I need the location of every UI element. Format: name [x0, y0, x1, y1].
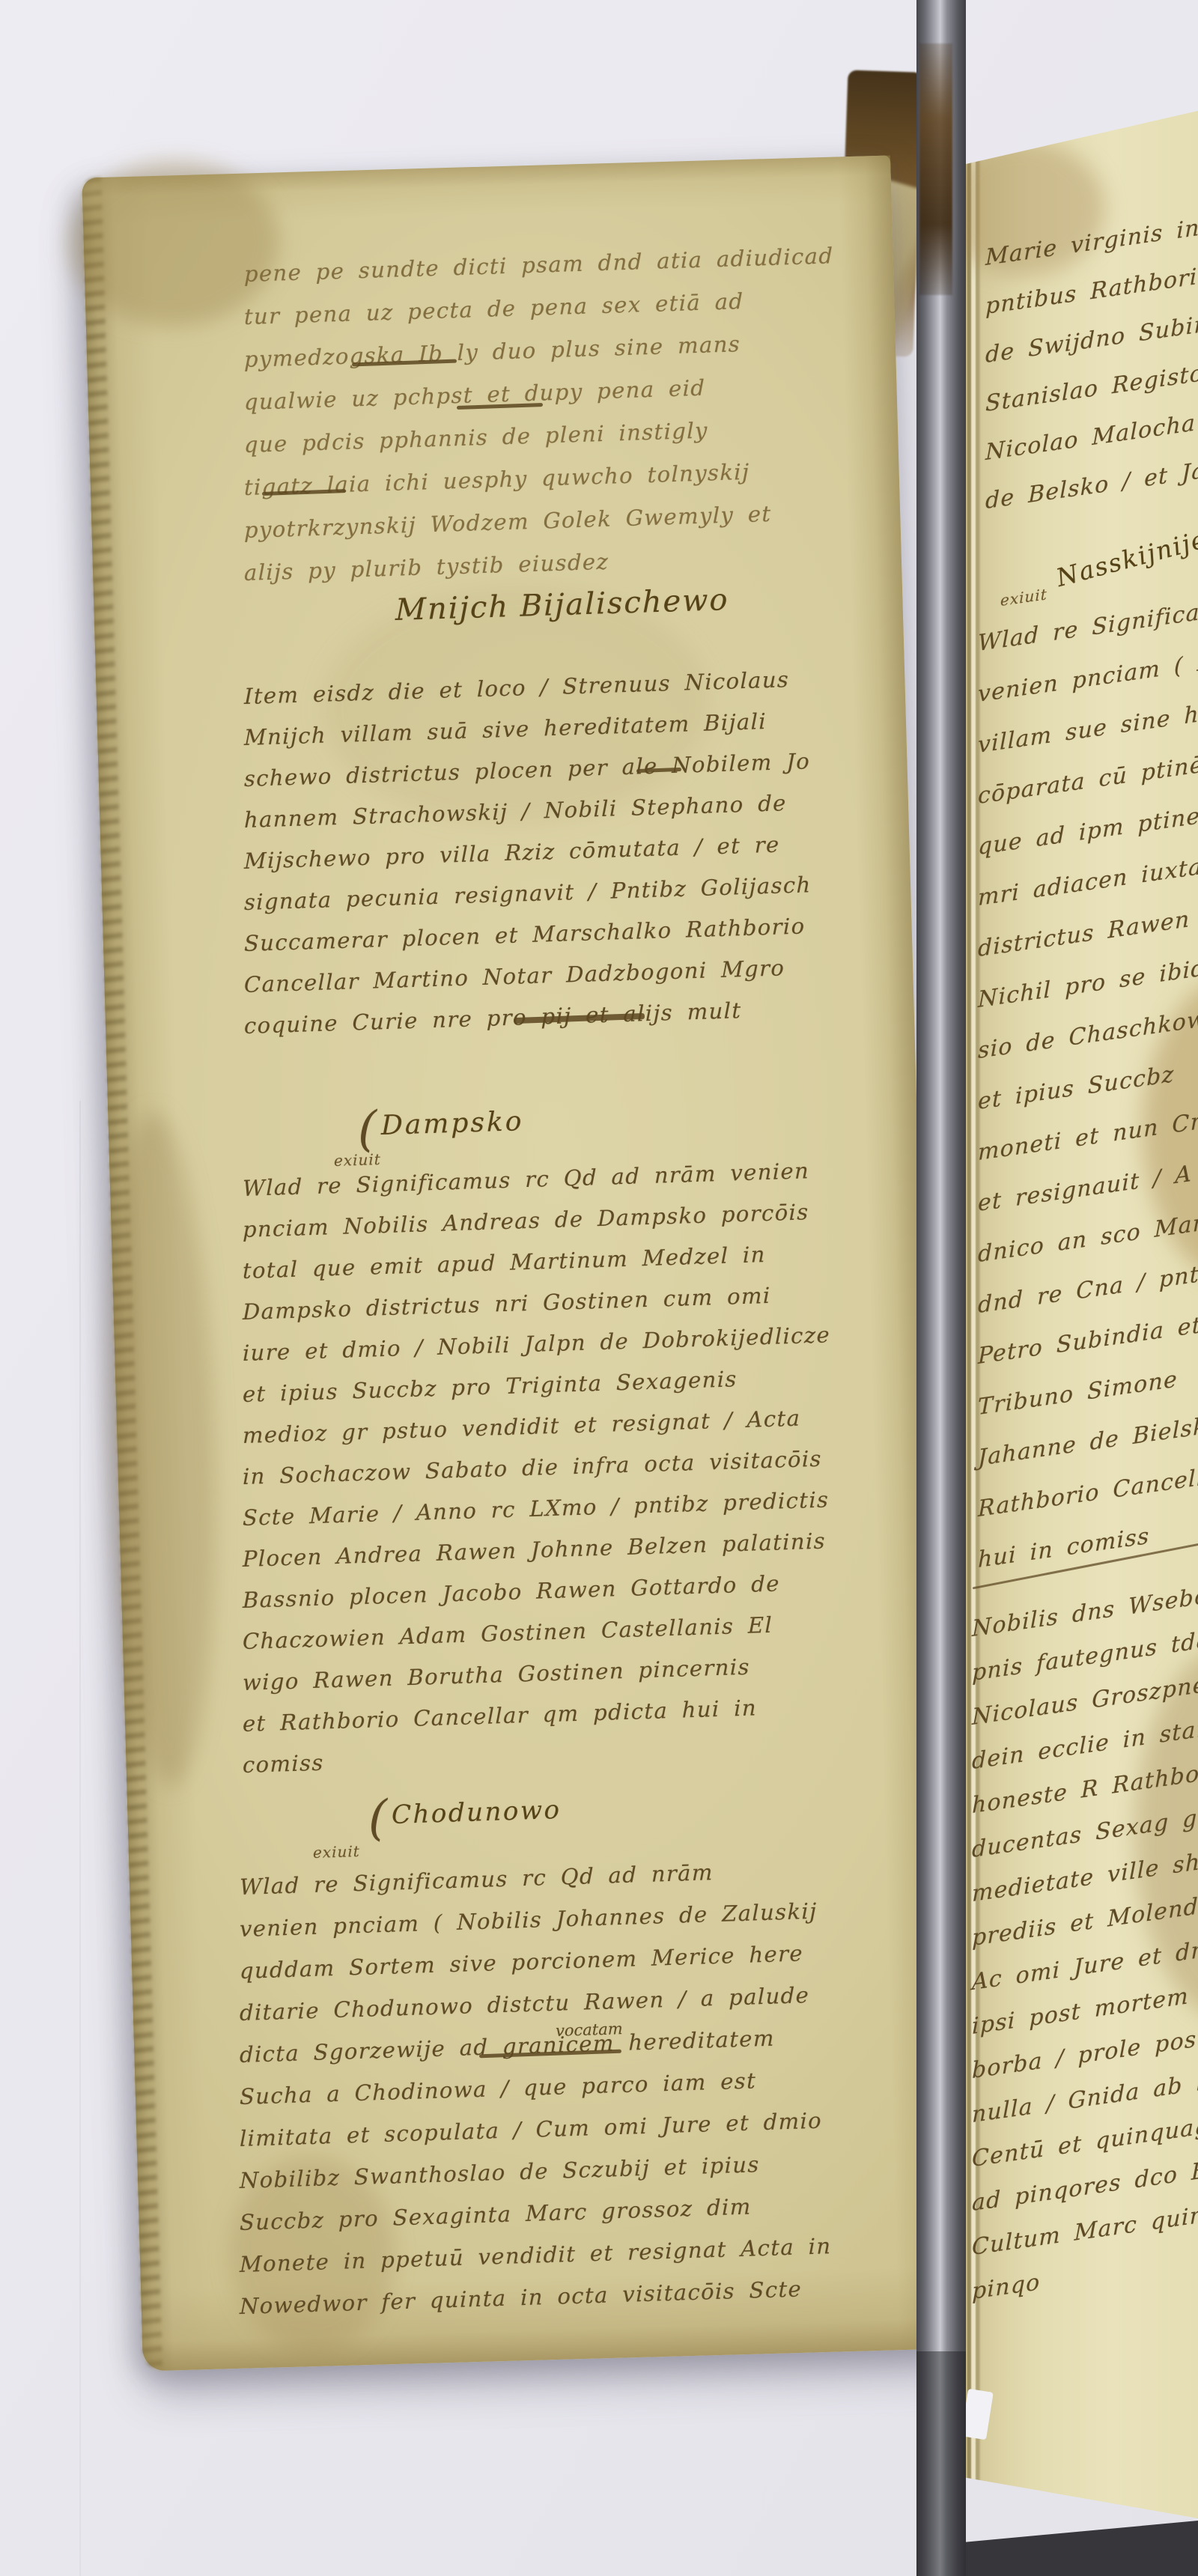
margin-note-exiuit: exiuit — [313, 1842, 360, 1862]
fragment-top-text: Marie virginis interpntibus Rathboriode … — [985, 197, 1198, 526]
entry-heading-dampsko-wrap: (Dampsko — [358, 1097, 523, 1158]
entry-chodunowo-text: Wlad re Significamus rc Qd ad nrāmvenien… — [240, 1847, 831, 2327]
ink-flourish-paren: ( — [368, 1790, 387, 1847]
rod-bottom-shade — [916, 2351, 966, 2576]
entry-heading-chodunowo: Chodunowo — [392, 1795, 561, 1830]
backdrop-seam-line — [79, 1101, 81, 2576]
rod-spine-reflection — [919, 43, 952, 295]
entry-byalischewo-text: Item eisdz die et loco / Strenuus Nicola… — [244, 658, 812, 1047]
ink-flourish-paren: ( — [358, 1102, 377, 1158]
intro-paragraph: pene pe sundte dicti psam dnd atia adiud… — [244, 234, 833, 595]
entry-dampsko-text: Wlad re Significamus rc Qd ad nrām venie… — [243, 1149, 830, 1786]
interlinear-note: vocatam — [556, 2020, 623, 2040]
scanner-clamp-rod — [916, 0, 966, 2576]
entry-heading-chodunowo-wrap: (Chodunowo — [368, 1785, 561, 1847]
entry-heading-dampsko: Dampsko — [381, 1106, 523, 1141]
entry-nassyline-text: Wlad re Significamvenien pnciam ( Nobvil… — [978, 580, 1198, 1586]
entry-note-text: Nobilis dns Wseborpnis fautegnus tdamNic… — [972, 1562, 1198, 2314]
